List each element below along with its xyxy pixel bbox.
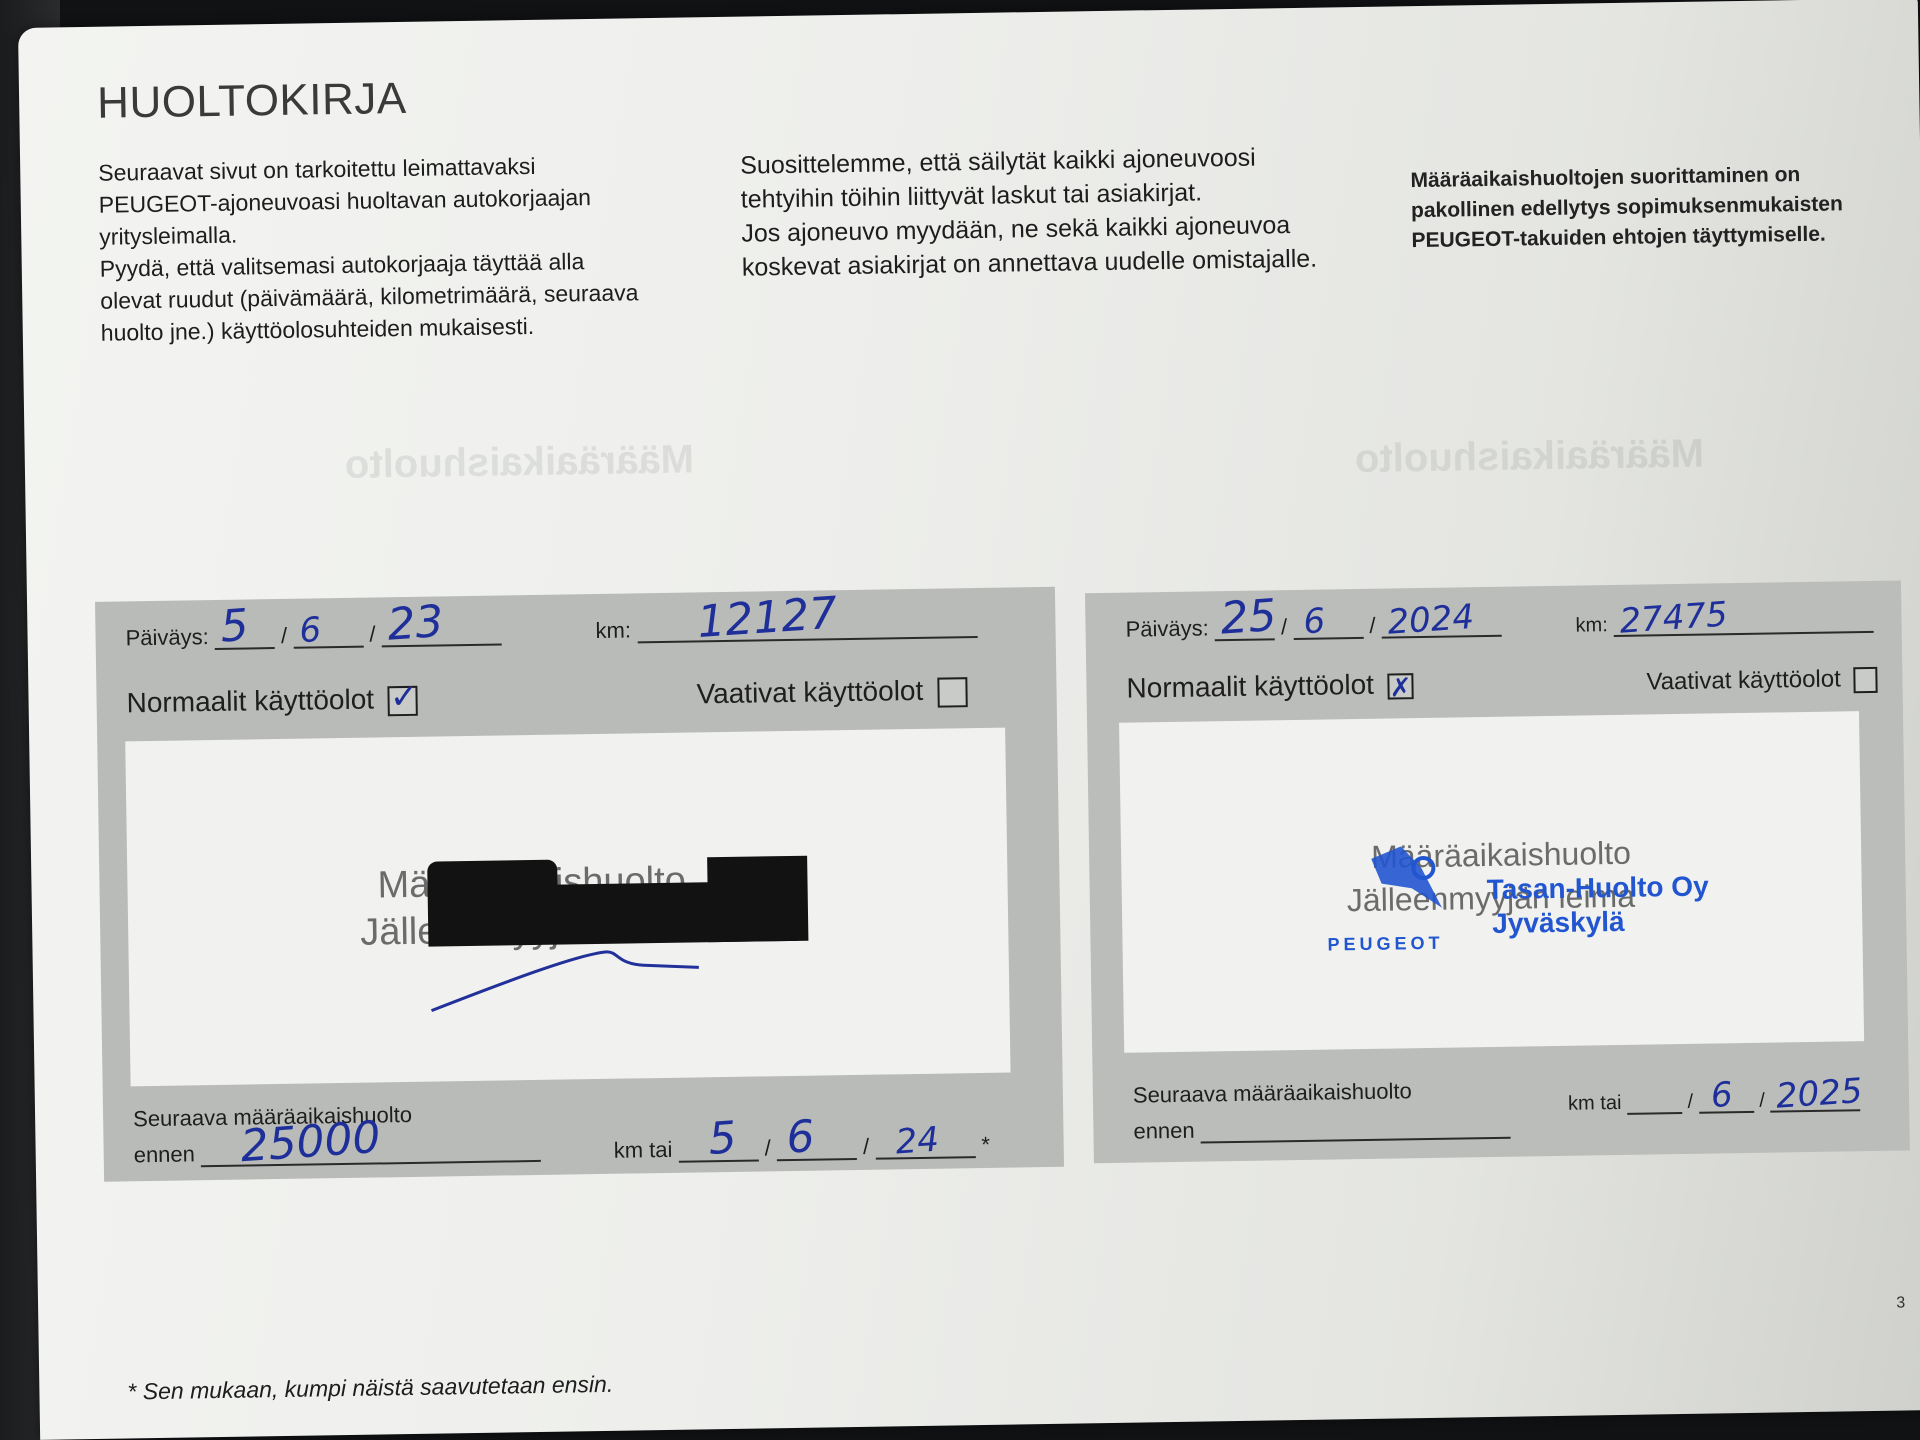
dealer-stamp-area: Määräaikaishuolto Jälleenmyyjän leima xyxy=(125,728,1010,1087)
date-month-field[interactable]: 6 xyxy=(293,618,363,649)
show-through-text: Määräaikaishuolto xyxy=(1355,432,1705,482)
page-title: HUOLTOKIRJA xyxy=(97,74,407,129)
date-row: Päiväys: 5 / 6 / 23 xyxy=(125,615,501,651)
stamp-brand: PEUGEOT xyxy=(1327,928,1443,960)
km-row: km: 27475 xyxy=(1575,603,1873,638)
footnote: * Sen mukaan, kumpi näistä saavutetaan e… xyxy=(127,1371,613,1406)
date-label: Päiväys: xyxy=(125,624,209,650)
dealer-stamp-area: Määräaikaishuolto Jälleenmyyjän leima PE… xyxy=(1119,711,1864,1053)
service-entry-2: Päiväys: 25 / 6 / 2024 km: 27475 Normaal… xyxy=(1085,580,1910,1163)
next-year-field[interactable]: 2025 xyxy=(1770,1081,1860,1112)
page-number: 3 xyxy=(1896,1295,1905,1313)
date-day-field[interactable]: 5 xyxy=(215,619,275,650)
normal-conditions-checkbox[interactable]: ✗ xyxy=(1388,673,1414,699)
next-month-field[interactable]: 6 xyxy=(1698,1083,1753,1114)
demanding-conditions-option: Vaativat käyttöolot xyxy=(1646,665,1877,697)
intro-middle-column: Suosittelemme, että säilytät kaikki ajon… xyxy=(740,139,1382,285)
date-day-field[interactable]: 25 xyxy=(1215,610,1275,641)
service-book-page: HUOLTOKIRJA Seuraavat sivut on tarkoitet… xyxy=(18,0,1920,1440)
intro-line: PEUGEOT-takuiden ehtojen täyttymiselle. xyxy=(1411,219,1891,257)
intro-left-column: Seuraavat sivut on tarkoitettu leimattav… xyxy=(98,147,741,349)
service-entry-1: Päiväys: 5 / 6 / 23 km: 12127 Normaalit … xyxy=(95,587,1064,1182)
next-service-date-row: km tai / 6 / 2025 xyxy=(1568,1081,1861,1116)
signature xyxy=(428,942,749,1017)
date-label: Päiväys: xyxy=(1125,615,1209,641)
stamp-city: Jyväskylä xyxy=(1492,907,1625,939)
next-day-field[interactable] xyxy=(1627,1084,1682,1115)
show-through-text: Määräaikaishuolto xyxy=(345,437,695,487)
demanding-conditions-checkbox[interactable] xyxy=(937,677,967,707)
cross-icon: ✗ xyxy=(1389,671,1411,705)
next-service-km-row: ennen xyxy=(1133,1109,1511,1145)
peugeot-lion-icon xyxy=(1361,838,1452,919)
km-field[interactable]: 27475 xyxy=(1613,603,1873,637)
next-service-date-row: km tai 5 / 6 / 24 * xyxy=(613,1128,990,1164)
date-month-field[interactable]: 6 xyxy=(1293,609,1363,640)
date-row: Päiväys: 25 / 6 / 2024 xyxy=(1125,607,1501,643)
redaction-block xyxy=(707,856,808,943)
km-row: km: 12127 xyxy=(595,608,977,644)
km-label: km: xyxy=(595,617,631,643)
date-year-field[interactable]: 2024 xyxy=(1381,607,1501,639)
next-service-km-row: ennen 25000 xyxy=(133,1132,541,1168)
normal-conditions-option: Normaalit käyttöolot ✗ xyxy=(1126,668,1414,705)
demanding-conditions-option: Vaativat käyttöolot xyxy=(696,674,967,711)
normal-conditions-checkbox[interactable]: ✓ xyxy=(388,685,418,715)
km-label: km: xyxy=(1575,614,1608,637)
check-icon: ✓ xyxy=(390,679,419,713)
next-day-field[interactable]: 5 xyxy=(678,1132,758,1163)
demanding-conditions-checkbox[interactable] xyxy=(1853,667,1877,693)
next-month-field[interactable]: 6 xyxy=(777,1130,857,1161)
km-field[interactable]: 12127 xyxy=(637,608,977,643)
next-service-label: Seuraava määräaikaishuolto xyxy=(1133,1078,1412,1108)
next-service-km-field[interactable]: 25000 xyxy=(201,1132,541,1167)
next-service-km-field[interactable] xyxy=(1201,1109,1511,1144)
date-year-field[interactable]: 23 xyxy=(381,615,501,647)
stamp-company: Tasan-Huolto Oy xyxy=(1486,872,1708,905)
next-year-field[interactable]: 24 xyxy=(875,1128,975,1160)
intro-right-column: Määräaikaishuoltojen suorittaminen on pa… xyxy=(1410,159,1891,257)
normal-conditions-option: Normaalit käyttöolot ✓ xyxy=(126,683,418,720)
